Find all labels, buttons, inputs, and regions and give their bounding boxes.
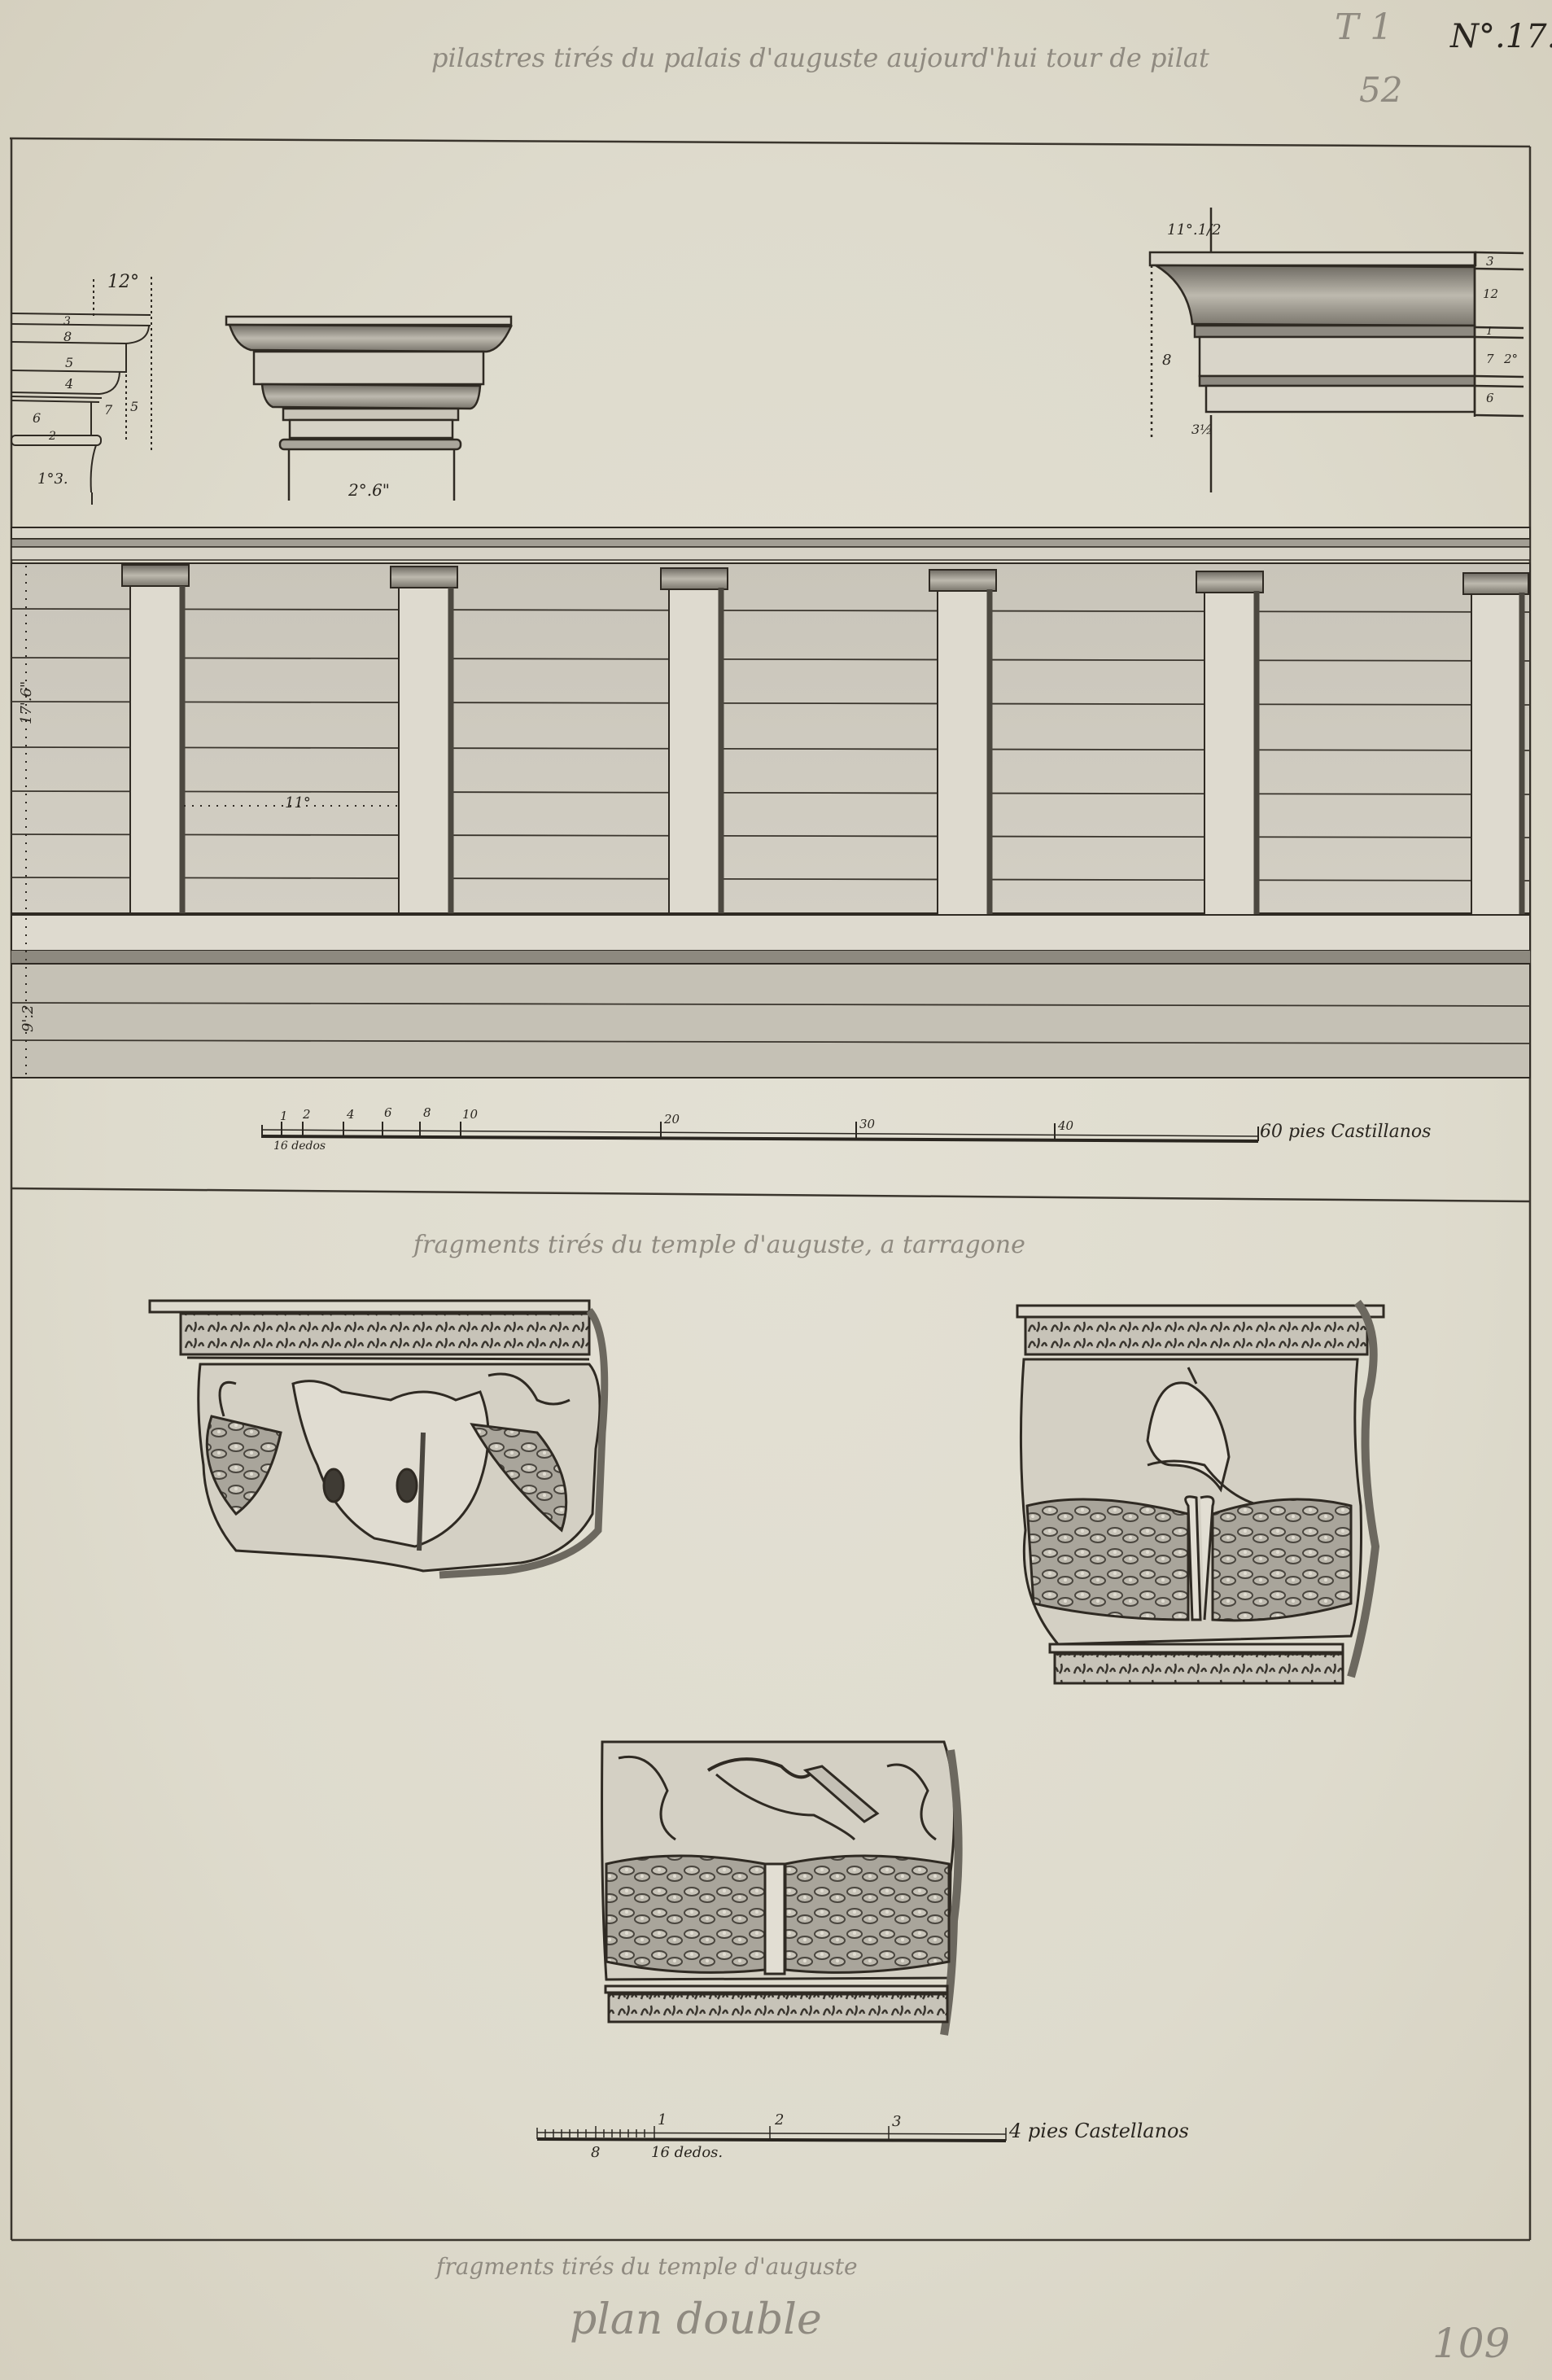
plinth-height-label: 9'.2	[20, 1004, 37, 1032]
capital-width-label: 2°.6"	[348, 480, 390, 500]
scale-upper-tick: 1	[280, 1109, 288, 1123]
fragment-bucranium	[150, 1301, 605, 1575]
profile-left-layer-label: 3	[63, 315, 71, 328]
pilaster-1	[122, 565, 189, 913]
entablature-layer-label: 3	[1486, 254, 1494, 269]
header-pencil-note: pilastres tirés du palais d'auguste aujo…	[431, 42, 1209, 73]
scale-lower	[537, 2126, 1006, 2141]
profile-left-layer-label: 2	[49, 430, 56, 443]
scale-upper-tick: 4	[347, 1107, 355, 1122]
entablature-top-label: 11°.1/2	[1167, 221, 1222, 238]
fragment-helmet	[1017, 1302, 1384, 1683]
scale-upper-tick: 8	[423, 1105, 431, 1120]
scale-lower-sub-label: 16 dedos.	[651, 2144, 723, 2161]
profile-left-layer-label: 8	[63, 329, 72, 344]
scale-upper	[262, 1122, 1258, 1141]
page-number: 109	[1432, 2320, 1510, 2367]
pilaster-2	[391, 567, 457, 913]
scale-lower-sub-label: 8	[591, 2144, 600, 2161]
profile-left-width-label: 12°	[107, 272, 139, 292]
entablature-layer-label: 12	[1483, 287, 1498, 301]
entablature-projection-label: 8	[1162, 352, 1171, 369]
profile-left-base-label: 1°3.	[37, 470, 68, 488]
entablature-layer-label: 6	[1486, 391, 1494, 405]
colonnade-height-label: 17'.6"	[18, 681, 35, 724]
entablature-right-drawing	[1150, 208, 1524, 492]
profile-left-drawing	[11, 277, 151, 505]
folio-mark: 52	[1359, 70, 1402, 110]
entablature-bottom-label: 3½	[1191, 422, 1213, 437]
scale-upper-tick: 6	[384, 1105, 392, 1120]
architectural-drawing	[0, 0, 1552, 2380]
scale-upper-tick: 20	[664, 1112, 680, 1127]
scale-lower-tick: 1	[658, 2111, 667, 2128]
colonnade-bay-label: 11°	[285, 794, 311, 812]
profile-left-side-label: 7	[104, 402, 112, 418]
profile-left-layer-label: 6	[33, 410, 41, 426]
scale-upper-sub-label: 16 dedos	[273, 1140, 326, 1153]
scale-upper-tick: 30	[859, 1117, 875, 1131]
scale-upper-tick: 2	[303, 1107, 311, 1122]
fragment-horse	[602, 1742, 959, 2035]
scale-upper-tick: 40	[1058, 1118, 1073, 1133]
scale-lower-end-label: 4 pies Castellanos	[1009, 2120, 1189, 2142]
footer-pencil-signature: plan double	[570, 2295, 822, 2344]
catalogue-mark: T 1	[1335, 7, 1392, 48]
footer-pencil-note: fragments tirés du temple d'auguste	[436, 2253, 858, 2280]
fragments-section-title: fragments tirés du temple d'auguste, a t…	[413, 1231, 1025, 1259]
capital-center-drawing	[226, 317, 511, 501]
profile-left-side-label: 5	[130, 399, 138, 414]
pilaster-6	[1463, 573, 1528, 918]
entablature-total-label: 2°	[1504, 352, 1518, 366]
pilaster-4	[929, 570, 996, 915]
colonnade-elevation	[11, 527, 1530, 1078]
pilaster-5	[1196, 571, 1263, 917]
profile-left-layer-label: 4	[65, 376, 73, 392]
scale-lower-tick: 3	[892, 2113, 901, 2130]
entablature-layer-label: 7	[1486, 352, 1494, 366]
entablature-layer-label: 1	[1486, 326, 1493, 338]
profile-left-layer-label: 5	[65, 355, 73, 370]
scale-upper-end-label: 60 pies Castillanos	[1260, 1122, 1431, 1142]
scale-upper-tick: 10	[462, 1107, 478, 1122]
pilaster-3	[661, 568, 728, 913]
scale-lower-tick: 2	[775, 2111, 784, 2128]
plate-number: N°.17.	[1450, 18, 1552, 55]
